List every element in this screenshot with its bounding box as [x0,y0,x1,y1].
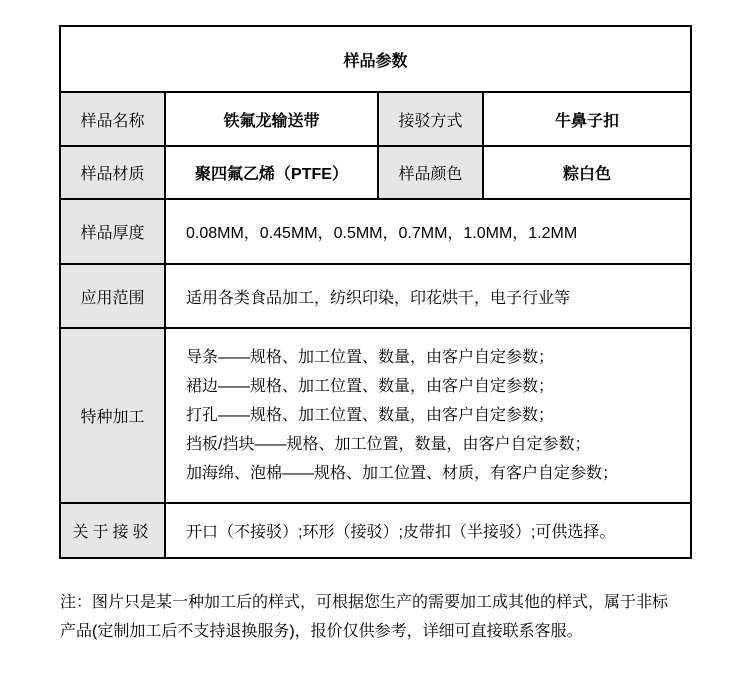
special-processing-label: 特种加工 [60,328,165,503]
row-application: 应用范围 适用各类食品加工，纺织印染，印花烘干，电子行业等 [60,264,691,328]
sample-material-value: 聚四氟乙烯（PTFE） [165,146,378,199]
sample-color-value: 粽白色 [483,146,691,199]
sample-color-label: 样品颜色 [378,146,483,199]
application-value: 适用各类食品加工，纺织印染，印花烘干，电子行业等 [165,264,691,328]
title-row: 样品参数 [60,26,691,92]
table-title: 样品参数 [60,26,691,92]
row-joining: 关于接驳 开口（不接驳）;环形（接驳）;皮带扣（半接驳）;可供选择。 [60,503,691,558]
sample-parameters-table: 样品参数 样品名称 铁氟龙输送带 接驳方式 牛鼻子扣 样品材质 聚四氟乙烯（PT… [59,25,692,559]
sample-material-label: 样品材质 [60,146,165,199]
footer-note-line1: 注：图片只是某一种加工后的样式，可根据您生产的需要加工成其他的样式，属于非标 [60,588,692,617]
connect-method-label: 接驳方式 [378,92,483,146]
row-name-connect: 样品名称 铁氟龙输送带 接驳方式 牛鼻子扣 [60,92,691,146]
application-label: 应用范围 [60,264,165,328]
footer-note-line2: 产品(定制加工后不支持退换服务)，报价仅供参考，详细可直接联系客服。 [60,617,692,646]
footer-note: 注：图片只是某一种加工后的样式，可根据您生产的需要加工成其他的样式，属于非标 产… [60,588,692,646]
row-thickness: 样品厚度 0.08MM，0.45MM，0.5MM，0.7MM，1.0MM，1.2… [60,199,691,264]
product-spec-page: 样品参数 样品名称 铁氟龙输送带 接驳方式 牛鼻子扣 样品材质 聚四氟乙烯（PT… [0,0,750,679]
thickness-label: 样品厚度 [60,199,165,264]
special-processing-lines: 导条——规格、加工位置、数量，由客户自定参数； 裙边——规格、加工位置、数量，由… [186,343,680,488]
special-line-guide-strip: 导条——规格、加工位置、数量，由客户自定参数； [186,343,680,372]
sample-name-label: 样品名称 [60,92,165,146]
connect-method-value: 牛鼻子扣 [483,92,691,146]
special-line-punching: 打孔——规格、加工位置、数量，由客户自定参数； [186,401,680,430]
joining-value: 开口（不接驳）;环形（接驳）;皮带扣（半接驳）;可供选择。 [165,503,691,558]
special-line-sponge-foam: 加海绵、泡棉——规格、加工位置、材质，有客户自定参数； [186,459,680,488]
row-material-color: 样品材质 聚四氟乙烯（PTFE） 样品颜色 粽白色 [60,146,691,199]
special-line-skirt-edge: 裙边——规格、加工位置、数量，由客户自定参数； [186,372,680,401]
thickness-value: 0.08MM，0.45MM，0.5MM，0.7MM，1.0MM，1.2MM [165,199,691,264]
row-special-processing: 特种加工 导条——规格、加工位置、数量，由客户自定参数； 裙边——规格、加工位置… [60,328,691,503]
special-processing-value: 导条——规格、加工位置、数量，由客户自定参数； 裙边——规格、加工位置、数量，由… [165,328,691,503]
sample-name-value: 铁氟龙输送带 [165,92,378,146]
joining-label: 关于接驳 [60,503,165,558]
special-line-baffle: 挡板/挡块——规格、加工位置，数量，由客户自定参数； [186,430,680,459]
